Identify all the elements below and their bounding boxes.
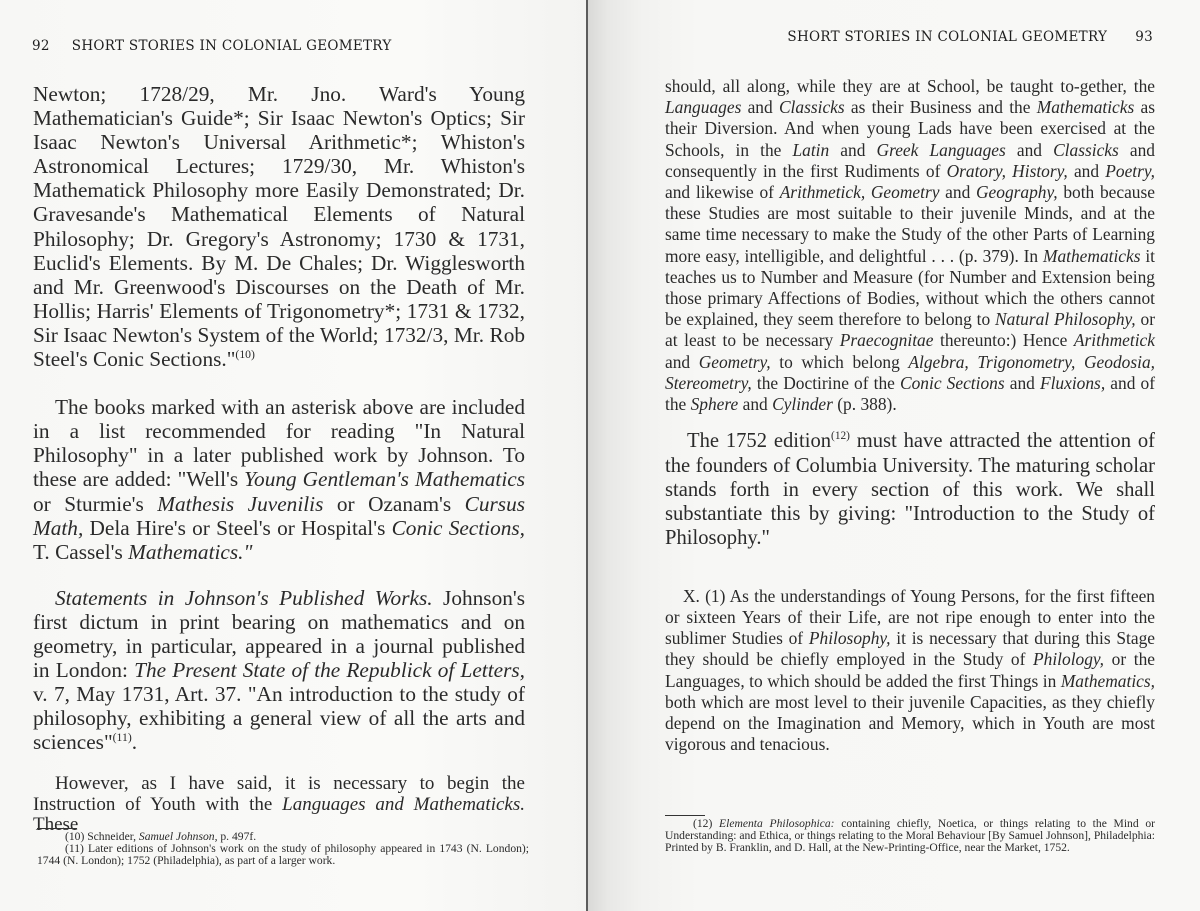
footnote-rule	[37, 828, 77, 829]
section-heading: Statements in Johnson's Published Works.	[55, 586, 433, 610]
running-head-right: SHORT STORIES IN COLONIAL GEOMETRY93	[787, 29, 1153, 45]
paragraph-section-x: X. (1) As the understandings of Young Pe…	[665, 586, 1155, 756]
footnote-rule	[665, 815, 705, 816]
footnote-11: (11) Later editions of Johnson's work on…	[37, 843, 529, 867]
footnote-ref-12: (12)	[831, 430, 850, 442]
footnotes-right: (12) Elementa Philosophica: containing c…	[665, 818, 1155, 854]
footnote-12: (12) Elementa Philosophica: containing c…	[665, 818, 1155, 854]
paragraph-statements: Statements in Johnson's Published Works.…	[33, 586, 525, 755]
page-number: 92	[32, 38, 50, 54]
body-text-right: should, all along, while they are at Sch…	[665, 76, 1155, 755]
paragraph-quote-continued: should, all along, while they are at Sch…	[665, 76, 1155, 415]
body-text-left: Newton; 1728/29, Mr. Jno. Ward's Young M…	[33, 82, 525, 836]
paragraph-asterisk-books: The books marked with an asterisk above …	[33, 395, 525, 564]
paragraph-quote-start: However, as I have said, it is necessary…	[33, 774, 525, 836]
running-head-left: 92SHORT STORIES IN COLONIAL GEOMETRY	[32, 38, 392, 54]
page-92: 92SHORT STORIES IN COLONIAL GEOMETRY New…	[0, 0, 586, 911]
page-number: 93	[1135, 29, 1153, 45]
running-title: SHORT STORIES IN COLONIAL GEOMETRY	[72, 38, 392, 54]
paragraph-book-list: Newton; 1728/29, Mr. Jno. Ward's Young M…	[33, 82, 525, 371]
footnotes-left: (10) Schneider, Samuel Johnson, p. 497f.…	[37, 831, 529, 867]
running-title: SHORT STORIES IN COLONIAL GEOMETRY	[787, 29, 1107, 45]
footnote-ref-10: (10)	[235, 348, 255, 361]
footnote-ref-11: (11)	[113, 731, 132, 744]
paragraph-1752-edition: The 1752 edition(12) must have attracted…	[665, 429, 1155, 550]
